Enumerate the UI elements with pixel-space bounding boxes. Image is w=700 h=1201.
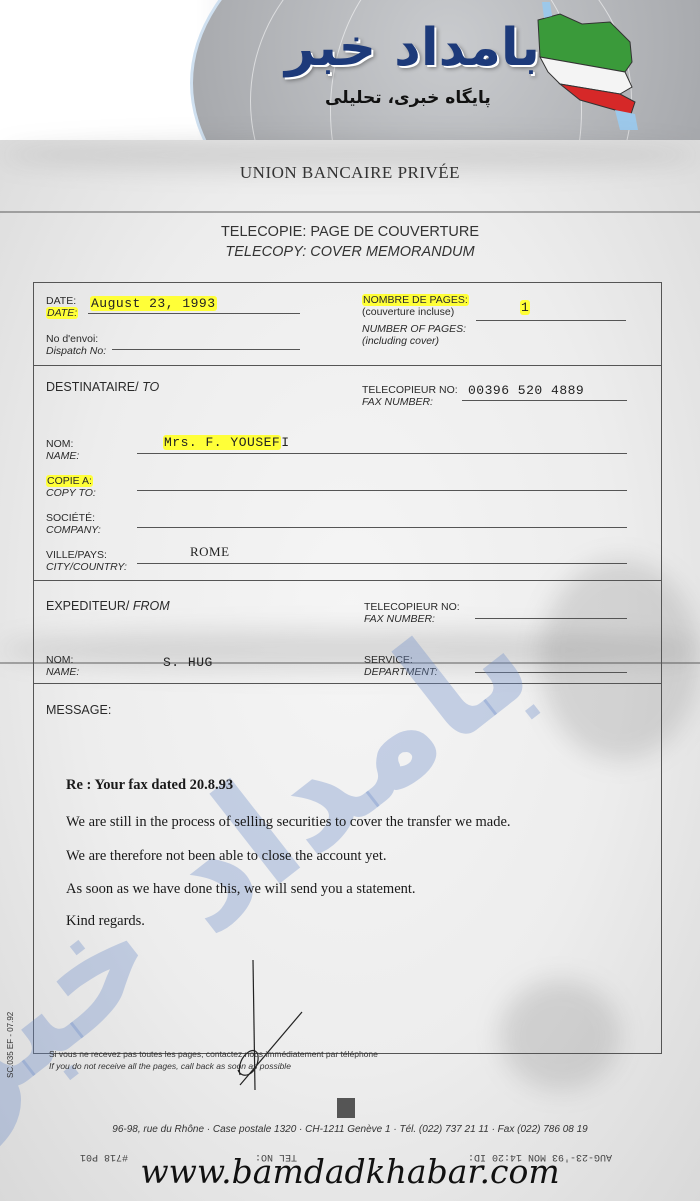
- footer-note-en: If you do not receive all the pages, cal…: [49, 1061, 291, 1071]
- dispatch-value[interactable]: [112, 349, 300, 350]
- divider: [33, 580, 662, 581]
- city-label-en: CITY/COUNTRY:: [46, 561, 127, 573]
- dispatch-field: No d'envoi: Dispatch No:: [46, 333, 106, 357]
- pages-field: NOMBRE DE PAGES: (couverture incluse) NU…: [362, 294, 469, 347]
- bank-address: 96-98, rue du Rhône · Case postale 1320 …: [0, 1124, 700, 1135]
- from-name-field: NOM: NAME:: [46, 654, 79, 678]
- city-field: VILLE/PAYS: CITY/COUNTRY:: [46, 549, 127, 573]
- from-fax-label-en: FAX NUMBER:: [364, 613, 435, 625]
- to-section-heading: DESTINATAIRE/ TO: [46, 380, 159, 394]
- service-field: SERVICE: DEPARTMENT:: [364, 654, 438, 678]
- company-label-en: COMPANY:: [46, 524, 101, 536]
- pages-sub-fr: (couverture incluse): [362, 306, 469, 318]
- to-name-field: NOM: NAME:: [46, 438, 79, 462]
- from-name-label-fr: NOM:: [46, 654, 79, 666]
- service-label-fr: SERVICE:: [364, 654, 438, 666]
- to-name-label-en: NAME:: [46, 450, 79, 462]
- to-fax-underline: [462, 400, 627, 401]
- signature-icon: [230, 960, 320, 1100]
- form-code: SC.035 EF - 07.92: [6, 1012, 15, 1078]
- fold-crease: [0, 211, 700, 213]
- message-label: MESSAGE:: [46, 703, 111, 717]
- date-label-fr: DATE:: [46, 295, 78, 307]
- to-name-underline: [137, 453, 627, 454]
- copy-label-en: COPY TO:: [46, 487, 96, 499]
- city-value[interactable]: ROME: [190, 544, 230, 560]
- site-banner: بامداد خبر پایگاه خبری، تحلیلی: [0, 0, 700, 140]
- message-line: Kind regards.: [66, 913, 145, 930]
- site-url-watermark[interactable]: www.bamdadkhabar.com: [0, 1152, 700, 1191]
- pages-text: 1: [520, 300, 530, 315]
- from-fax-label-fr: TELECOPIEUR NO:: [364, 601, 460, 613]
- doc-title-fr: TELECOPIE: PAGE DE COUVERTURE: [0, 224, 700, 240]
- to-fax-label-fr: TELECOPIEUR NO:: [362, 384, 458, 396]
- to-name-highlighted: Mrs. F. YOUSEF: [163, 435, 281, 450]
- to-fax-label-en: FAX NUMBER:: [362, 396, 433, 408]
- divider: [33, 365, 662, 366]
- site-tagline: پایگاه خبری، تحلیلی: [325, 88, 491, 108]
- to-heading-en: TO: [142, 380, 159, 394]
- to-heading-fr: DESTINATAIRE: [46, 380, 135, 394]
- copy-label-fr: COPIE A:: [46, 475, 93, 487]
- pages-sub-en: (including cover): [362, 335, 439, 347]
- company-field: SOCIÉTÉ: COMPANY:: [46, 512, 101, 536]
- service-value[interactable]: [475, 672, 627, 673]
- pages-underline: [476, 320, 626, 321]
- to-name-label-fr: NOM:: [46, 438, 79, 450]
- from-heading-en: FROM: [133, 599, 170, 613]
- from-section-heading: EXPEDITEUR/ FROM: [46, 599, 170, 613]
- to-fax-value[interactable]: 00396 520 4889: [468, 383, 584, 398]
- company-value[interactable]: [137, 527, 627, 528]
- from-heading-fr: EXPEDITEUR: [46, 599, 126, 613]
- to-fax-field: TELECOPIEUR NO: FAX NUMBER:: [362, 384, 458, 408]
- message-subject: Re : Your fax dated 20.8.93: [66, 777, 233, 794]
- company-label-fr: SOCIÉTÉ:: [46, 512, 101, 524]
- pages-label-en: NUMBER OF PAGES:: [362, 323, 466, 335]
- dispatch-label-en: Dispatch No:: [46, 345, 106, 357]
- from-name-value[interactable]: S. HUG: [163, 655, 213, 670]
- site-logo-title[interactable]: بامداد خبر: [285, 18, 540, 78]
- message-line: We are therefore not been able to close …: [66, 848, 387, 865]
- city-label-fr: VILLE/PAYS:: [46, 549, 127, 561]
- doc-title-en: TELECOPY: COVER MEMORANDUM: [0, 244, 700, 260]
- dispatch-label-fr: No d'envoi:: [46, 333, 106, 345]
- from-fax-value[interactable]: [475, 618, 627, 619]
- divider: [33, 683, 662, 684]
- date-label-en: DATE:: [46, 307, 78, 319]
- date-field: DATE: DATE:: [46, 295, 78, 319]
- bank-name: UNION BANCAIRE PRIVÉE: [0, 163, 700, 183]
- city-underline: [137, 563, 627, 564]
- footer-note-fr: Si vous ne recevez pas toutes les pages,…: [49, 1049, 378, 1059]
- message-line: We are still in the process of selling s…: [66, 814, 511, 831]
- iran-flag-map-icon: [520, 2, 650, 132]
- copy-field: COPIE A: COPY TO:: [46, 475, 96, 499]
- pages-value[interactable]: 1: [520, 300, 530, 315]
- from-name-label-en: NAME:: [46, 666, 79, 678]
- from-fax-field: TELECOPIEUR NO: FAX NUMBER:: [364, 601, 460, 625]
- service-label-en: DEPARTMENT:: [364, 666, 438, 678]
- copy-value[interactable]: [137, 490, 627, 491]
- date-underline: [88, 313, 300, 314]
- date-value[interactable]: August 23, 1993: [90, 296, 217, 311]
- to-name-rest: I: [281, 435, 289, 450]
- to-name-value[interactable]: Mrs. F. YOUSEFI: [163, 435, 290, 450]
- pages-label-fr: NOMBRE DE PAGES:: [362, 294, 469, 306]
- bank-seal-icon: [337, 1098, 355, 1118]
- date-text: August 23, 1993: [90, 296, 217, 311]
- message-line: As soon as we have done this, we will se…: [66, 881, 416, 898]
